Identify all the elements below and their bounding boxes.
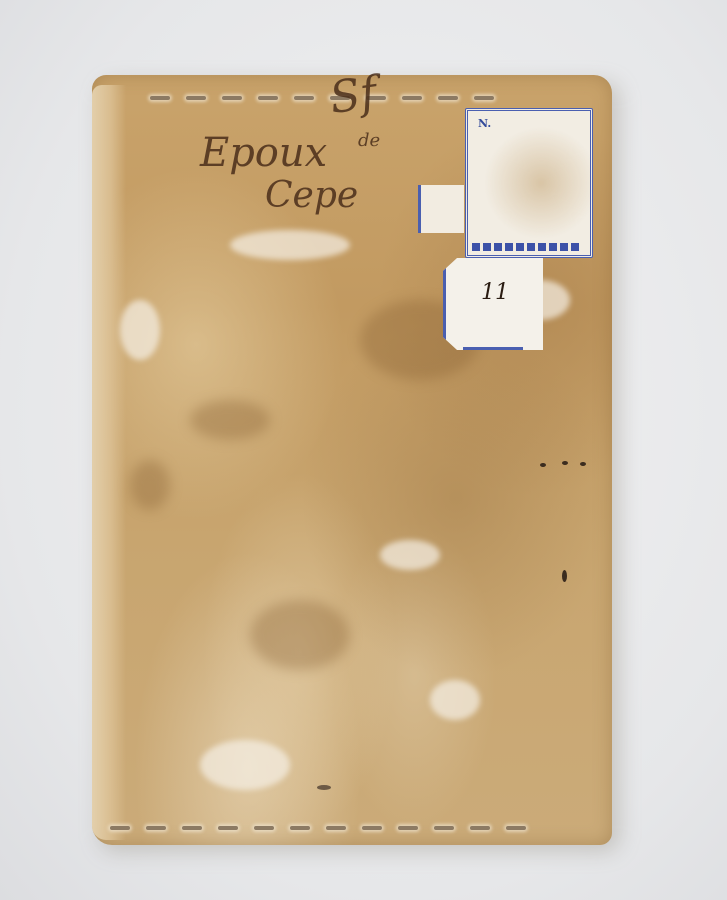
- stitch: [110, 826, 130, 830]
- stain-mark: [130, 460, 170, 510]
- stitch: [182, 826, 202, 830]
- wormhole: [317, 785, 331, 790]
- stitch: [402, 96, 422, 100]
- stitch: [218, 826, 238, 830]
- book-spine-edge: [92, 85, 126, 840]
- stitch: [254, 826, 274, 830]
- shelf-label: N.: [465, 108, 593, 258]
- wormhole: [580, 462, 586, 466]
- torn-label-fragment: [418, 185, 464, 233]
- stitch: [438, 96, 458, 100]
- stain-mark: [190, 400, 270, 440]
- stitch: [362, 826, 382, 830]
- shelf-label-border-band: [472, 243, 580, 251]
- stitch: [186, 96, 206, 100]
- stitch: [470, 826, 490, 830]
- stitch: [506, 826, 526, 830]
- scuff-mark: [380, 540, 440, 570]
- wormhole: [562, 570, 567, 582]
- inscription-line-3: Cepe: [265, 175, 358, 216]
- shelf-label-number-prefix: N.: [478, 117, 491, 130]
- scuff-mark: [200, 740, 290, 790]
- stitch: [150, 96, 170, 100]
- stitch: [258, 96, 278, 100]
- stain-mark: [250, 600, 350, 670]
- inscription-line-2: Epoux: [200, 130, 327, 176]
- bottom-stitching: [110, 826, 526, 830]
- stitch: [326, 826, 346, 830]
- scuff-mark: [430, 680, 480, 720]
- catalog-number-label: 11: [443, 258, 543, 350]
- inscription-line-2-suffix: de: [358, 130, 380, 151]
- wormhole: [562, 461, 568, 465]
- catalog-number: 11: [481, 280, 509, 305]
- stitch: [146, 826, 166, 830]
- stitch: [434, 826, 454, 830]
- stitch: [222, 96, 242, 100]
- wormhole: [540, 463, 546, 467]
- scuff-mark: [120, 300, 160, 360]
- stitch: [294, 96, 314, 100]
- inscription-line-1: Sf: [327, 67, 380, 124]
- top-stitching: [150, 96, 494, 100]
- scuff-mark: [230, 230, 350, 260]
- stitch: [398, 826, 418, 830]
- stitch: [474, 96, 494, 100]
- stitch: [290, 826, 310, 830]
